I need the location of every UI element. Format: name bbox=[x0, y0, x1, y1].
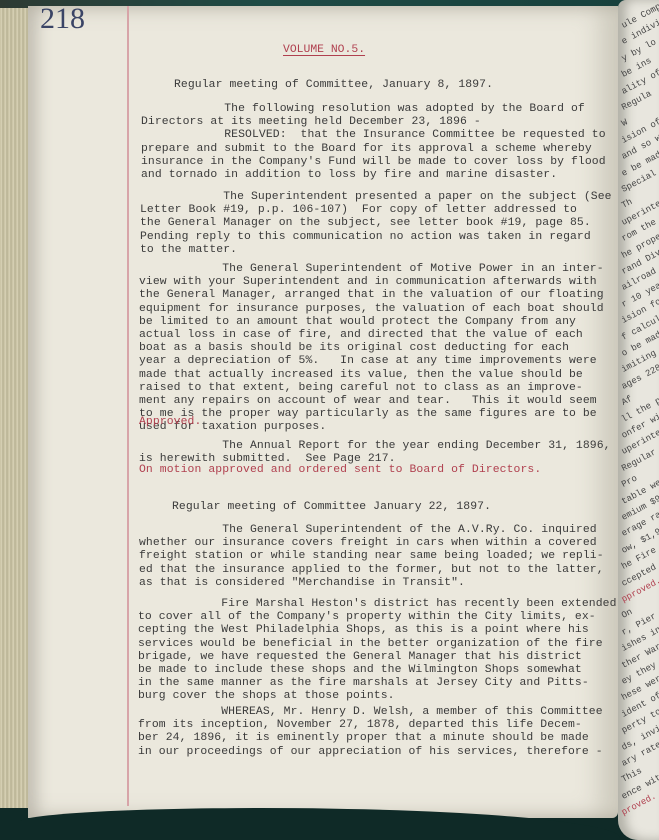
facing-page: ule Compe individy by lobe insality of M… bbox=[618, 0, 659, 840]
text-line: used for taxation purposes. bbox=[139, 421, 604, 434]
text-line: ment any repairs on account of wear and … bbox=[139, 395, 604, 408]
text-line: as that is considered "Merchandise in Tr… bbox=[139, 577, 604, 590]
text-line: equipment for insurance purposes, the va… bbox=[139, 303, 604, 316]
text-line: and tornado in addition to loss by fire … bbox=[141, 169, 606, 182]
text-line: in the same manner as the fire marshals … bbox=[138, 677, 617, 690]
text-line: The General Superintendent of Motive Pow… bbox=[139, 263, 604, 276]
text-line: Fire Marshal Heston's district has recen… bbox=[138, 598, 617, 611]
facing-page-fragment: W bbox=[620, 118, 629, 129]
text-line: The Superintendent presented a paper on … bbox=[140, 191, 612, 204]
text-line: insurance in the Company's Fund will be … bbox=[141, 156, 606, 169]
meeting2-whereas-paragraph: WHEREAS, Mr. Henry D. Welsh, a member of… bbox=[138, 706, 603, 759]
facing-page-fragment: Th bbox=[620, 197, 634, 211]
text-line: The General Superintendent of the A.V.Ry… bbox=[139, 524, 604, 537]
text-line: the General Manager on the subject, see … bbox=[140, 217, 612, 230]
text-line: to me is the proper way particularly as … bbox=[139, 408, 604, 421]
text-line: freight station or while standing near s… bbox=[139, 550, 604, 563]
text-line: to the matter. bbox=[140, 244, 612, 257]
text-line: brigade, we have requested the General M… bbox=[138, 651, 617, 664]
text-line: cepting the West Philadelphia Shops, as … bbox=[138, 624, 617, 637]
text-line: raised to that extent, being careful not… bbox=[139, 382, 604, 395]
text-line: WHEREAS, Mr. Henry D. Welsh, a member of… bbox=[138, 706, 603, 719]
meeting1-motion-note: On motion approved and ordered sent to B… bbox=[139, 464, 541, 477]
text-line: Pending reply to this communication no a… bbox=[140, 231, 612, 244]
text-line: be made to include these shops and the W… bbox=[138, 664, 617, 677]
meeting1-superintendent-paragraph: The Superintendent presented a paper on … bbox=[140, 191, 612, 257]
text-line: actual loss in case of fire, and directe… bbox=[139, 329, 604, 342]
text-line: The Annual Report for the year ending De… bbox=[139, 440, 611, 453]
text-line: RESOLVED: that the Insurance Committee b… bbox=[141, 129, 606, 142]
meeting1-heading: Regular meeting of Committee, January 8,… bbox=[174, 79, 493, 92]
margin-rule bbox=[127, 6, 129, 806]
facing-page-fragment: Af bbox=[620, 394, 634, 408]
text-line: made that actually increased its value, … bbox=[139, 369, 604, 382]
text-line: view with your Superintendent and in com… bbox=[139, 276, 604, 289]
meeting1-approved-note: Approved. bbox=[139, 416, 201, 429]
page-number: 218 bbox=[40, 2, 85, 36]
text-line: the General Manager, arranged that in th… bbox=[139, 289, 604, 302]
text-line: be limited to an amount that would prote… bbox=[139, 316, 604, 329]
meeting1-valuation-paragraph: The General Superintendent of Motive Pow… bbox=[139, 263, 604, 435]
text-line: Directors at its meeting held December 2… bbox=[141, 116, 606, 129]
text-line: prepare and submit to the Board for its … bbox=[141, 143, 606, 156]
text-line: boat as a basis should be its original c… bbox=[139, 342, 604, 355]
text-line: services would be beneficial in the bett… bbox=[138, 638, 617, 651]
meeting2-heading: Regular meeting of Committee January 22,… bbox=[172, 501, 491, 514]
text-line: burg cover the shops at those points. bbox=[138, 690, 617, 703]
text-line: from its inception, November 27, 1878, d… bbox=[138, 719, 603, 732]
text-line: to cover all of the Company's property w… bbox=[138, 611, 617, 624]
meeting2-freight-paragraph: The General Superintendent of the A.V.Ry… bbox=[139, 524, 604, 590]
volume-heading: VOLUME NO.5. bbox=[283, 44, 365, 56]
meeting1-annual-report-paragraph: The Annual Report for the year ending De… bbox=[139, 440, 611, 466]
text-line: Letter Book #19, p.p. 106-107) For copy … bbox=[140, 204, 612, 217]
text-line: in our proceedings of our appreciation o… bbox=[138, 746, 603, 759]
text-line: whether our insurance covers freight in … bbox=[139, 537, 604, 550]
text-line: ber 24, 1896, it is eminently proper tha… bbox=[138, 732, 603, 745]
meeting1-resolution-paragraph: The following resolution was adopted by … bbox=[141, 103, 606, 182]
facing-page-fragment: Pro bbox=[620, 474, 639, 490]
text-line: The following resolution was adopted by … bbox=[141, 103, 606, 116]
facing-page-fragment: On bbox=[620, 607, 634, 621]
text-line: year a depreciation of 5%. In case at an… bbox=[139, 355, 604, 368]
meeting2-fire-marshal-paragraph: Fire Marshal Heston's district has recen… bbox=[138, 598, 617, 704]
text-line: ed that the insurance applied to the for… bbox=[139, 564, 604, 577]
